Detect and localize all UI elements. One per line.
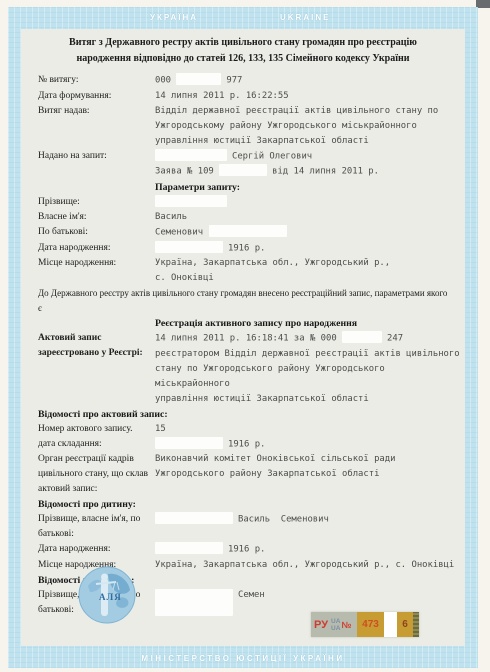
- date-formed-value: 14 липня 2011 р. 16:22:55: [155, 89, 463, 104]
- extract-no-value: 000 977: [155, 73, 463, 89]
- father-name-text: Семен: [238, 590, 265, 600]
- hologram-ua-bottom: UA: [331, 625, 340, 632]
- child-name-value: Василь Семенович: [155, 512, 463, 542]
- field-row-extract-no: № витягу: 000 977: [21, 73, 465, 89]
- register-note-line2: є: [38, 301, 461, 316]
- dob-value: 1916 р.: [155, 241, 463, 257]
- redaction-box: [155, 241, 223, 253]
- pob-value: Україна, Закарпатська обл., Ужгородський…: [155, 256, 463, 286]
- compiled-date-value: 1916 р.: [155, 437, 463, 453]
- patronymic-label: По батькові:: [21, 225, 155, 241]
- surname-label: Прізвище:: [21, 195, 155, 211]
- title-line2: народження відповідно до статей 126, 133…: [47, 51, 439, 67]
- redaction-box: [219, 164, 267, 176]
- hologram-pattern-edge: [413, 612, 419, 637]
- child-heading: Відомості про дитину:: [21, 497, 136, 512]
- document-title: Витяг з Державного рестру актів цивільно…: [47, 35, 439, 66]
- child-dob-value: 1916 р.: [155, 542, 463, 558]
- frame-country-ua: УКРАЇНА: [150, 13, 198, 22]
- given-name-value: Василь: [155, 210, 463, 225]
- hologram-ua-column: UA UA: [331, 618, 340, 632]
- hologram-ry-text: РУ: [314, 619, 328, 631]
- request-date: від 14 липня 2011 р.: [272, 167, 379, 177]
- redaction-box: [155, 195, 227, 207]
- act-record-label: Актовий запис зареєстровано у Реєстрі:: [21, 331, 155, 407]
- registration-heading: Реєстрація активного запису про народжен…: [155, 316, 357, 331]
- document-frame: УКРАЇНА UKRAINE МІНІСТЕРСТВО ЮСТИЦІЇ УКР…: [8, 7, 478, 668]
- field-row-surname: Прізвище:: [21, 195, 465, 211]
- act-no-label: Номер актового запису.: [21, 422, 155, 437]
- act-record-label-line1: Актовий запис: [38, 333, 101, 343]
- frame-country-en: UKRAINE: [280, 13, 330, 22]
- issued-by-value: Відділ державної реєстрації актів цивіль…: [155, 104, 463, 149]
- seal-text: АЛЯ: [99, 592, 122, 602]
- redaction-box: [342, 331, 382, 343]
- params-heading: Параметри запиту:: [155, 180, 240, 195]
- organ-label: Орган реєстрації кадрів цивільного стану…: [21, 452, 155, 497]
- field-row-patronymic: По батькові: Семенович: [21, 225, 465, 241]
- child-pob-value: Україна, Закарпатська обл., Ужгородський…: [155, 558, 463, 573]
- request-value: Сергій Олегович Заява № 109 від 14 липня…: [155, 149, 463, 180]
- field-row-compiled-date: дата складання: 1916 р.: [21, 437, 465, 453]
- redaction-box: [155, 542, 223, 554]
- document-paper: Витяг з Державного рестру актів цивільно…: [21, 29, 465, 646]
- section-child: Відомості про дитину:: [21, 497, 465, 512]
- field-row-date-formed: Дата формування: 14 липня 2011 р. 16:22:…: [21, 89, 465, 104]
- patronymic-value: Семенович: [155, 225, 463, 241]
- surname-value: [155, 195, 463, 211]
- field-row-child-dob: Дата народження: 1916 р.: [21, 542, 465, 558]
- act-no-value: 15: [155, 422, 463, 437]
- pob-label: Місце народження:: [21, 256, 155, 286]
- hologram-left-segment: РУ UA UA №: [311, 612, 357, 637]
- justice-seal-icon: АЛЯ: [78, 566, 136, 624]
- act-record-datetime: 14 липня 2011 р. 16:18:41 за № 000: [155, 334, 337, 344]
- register-note: До Державного реєстру актів цивільного с…: [21, 286, 465, 316]
- act-details-heading: Відомості про актовий запис:: [21, 407, 168, 422]
- patronymic-text: Семенович: [155, 228, 203, 238]
- organ-value: Виконавчий комітет Оноківської сільської…: [155, 452, 463, 497]
- redaction-box: [155, 512, 233, 524]
- redaction-box: [155, 149, 227, 161]
- act-record-value: 14 липня 2011 р. 16:18:41 за № 000 247 р…: [155, 331, 463, 407]
- hologram-sticker: РУ UA UA № 473 6: [311, 612, 419, 637]
- redaction-box: [155, 589, 233, 616]
- issued-by-label: Витяг надав:: [21, 104, 155, 149]
- redaction-box: [155, 437, 223, 449]
- compiled-year: 1916 р.: [228, 439, 265, 449]
- field-row-request: Надано на запит: Сергій Олегович Заява №…: [21, 149, 465, 180]
- act-record-registrar: реєстратором Відділ державної реєстрації…: [155, 349, 460, 404]
- date-formed-label: Дата формування:: [21, 89, 155, 104]
- act-record-number-tail: 247: [387, 334, 403, 344]
- hologram-redaction-gap: [384, 612, 397, 637]
- field-row-act-no: Номер актового запису. 15: [21, 422, 465, 437]
- hologram-number-sign: №: [341, 620, 351, 630]
- justice-seal: АЛЯ: [78, 566, 136, 624]
- dob-label: Дата народження:: [21, 241, 155, 257]
- scan-artifact: [476, 0, 490, 8]
- dob-year: 1916 р.: [228, 243, 265, 253]
- title-line1: Витяг з Державного рестру актів цивільно…: [47, 35, 439, 51]
- field-row-given-name: Власне ім'я: Василь: [21, 210, 465, 225]
- child-dob-label: Дата народження:: [21, 542, 155, 558]
- child-name-text: Василь Семенович: [238, 515, 329, 525]
- child-name-label: Прізвище, власне ім'я, по батькові:: [21, 512, 155, 542]
- compiled-date-label: дата складання:: [21, 437, 155, 453]
- field-row-dob: Дата народження: 1916 р.: [21, 241, 465, 257]
- child-dob-year: 1916 р.: [228, 545, 265, 555]
- extract-no-part1: 000: [155, 76, 171, 86]
- request-name: Сергій Олегович: [232, 151, 312, 161]
- redaction-box: [209, 225, 287, 237]
- field-row-pob: Місце народження: Україна, Закарпатська …: [21, 256, 465, 286]
- register-note-line1: До Державного реєстру актів цивільного с…: [38, 286, 461, 301]
- request-label: Надано на запит:: [21, 149, 155, 180]
- redaction-box: [176, 73, 221, 85]
- hologram-number-1: 473: [357, 612, 384, 637]
- hologram-ua-top: UA: [331, 618, 340, 625]
- given-name-label: Власне ім'я:: [21, 210, 155, 225]
- section-act-details: Відомості про актовий запис:: [21, 407, 465, 422]
- field-row-organ: Орган реєстрації кадрів цивільного стану…: [21, 452, 465, 497]
- section-registration: Реєстрація активного запису про народжен…: [21, 316, 465, 331]
- field-row-child-name: Прізвище, власне ім'я, по батькові: Васи…: [21, 512, 465, 542]
- act-record-label-line2: зареєстровано у Реєстрі:: [38, 348, 143, 358]
- request-application-no: Заява № 109: [155, 167, 214, 177]
- section-params: Параметри запиту:: [21, 180, 465, 195]
- hologram-number-2: 6: [397, 612, 413, 637]
- field-row-act-record: Актовий запис зареєстровано у Реєстрі: 1…: [21, 331, 465, 407]
- frame-ministry: МІНІСТЕРСТВО ЮСТИЦІЇ УКРАЇНИ: [8, 654, 478, 663]
- field-row-issued-by: Витяг надав: Відділ державної реєстрації…: [21, 104, 465, 149]
- extract-no-label: № витягу:: [21, 73, 155, 89]
- extract-no-part2: 977: [226, 76, 242, 86]
